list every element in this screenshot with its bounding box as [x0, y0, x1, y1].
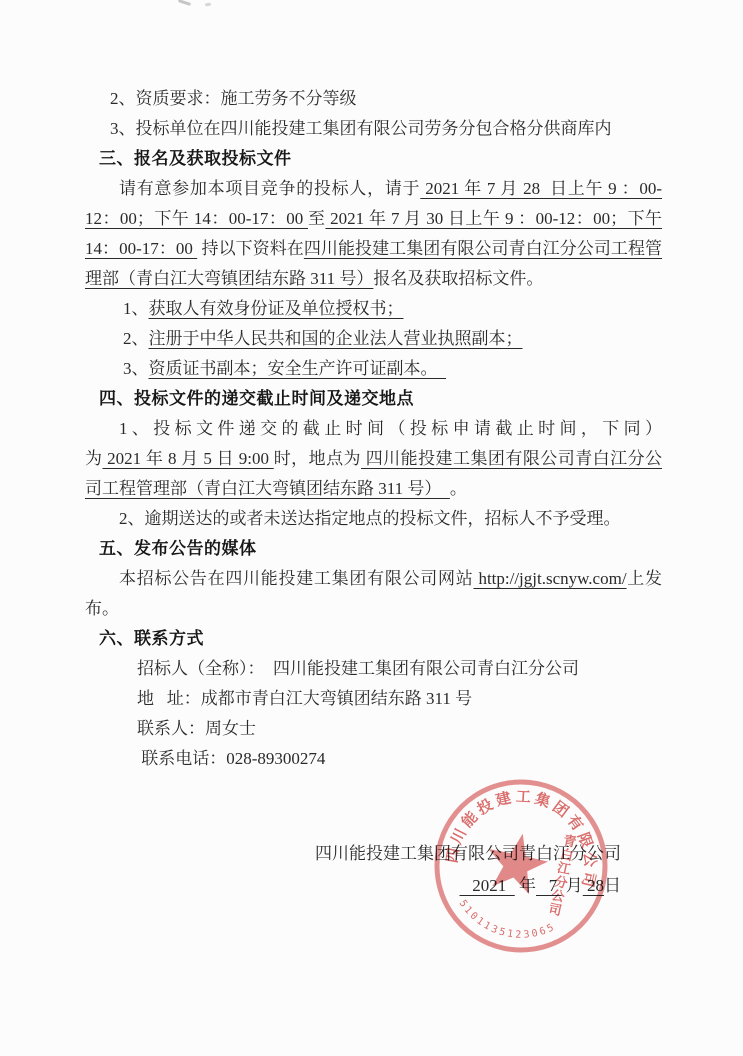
sub-list-item: 2、注册于中华人民共和国的企业法人营业执照副本；	[85, 324, 662, 354]
underlined-text: http://jgjt.scnyw.com/	[473, 569, 626, 588]
seal-branch-text: 青白江分公司	[546, 832, 578, 918]
text-run: 联系人：周女士	[137, 719, 256, 738]
document-page: 2、资质要求：施工劳务不分等级3、投标单位在四川能投建工集团有限公司劳务分包合格…	[0, 0, 743, 1056]
seal-ring-text: 四川能投建工集团有限公司	[443, 773, 614, 894]
text-run: 1、	[123, 299, 149, 318]
seal-group: 四川能投建工集团有限公司 5101135123065 青白江分公司	[424, 772, 619, 962]
text-run: 联系电话：028-89300274	[137, 749, 325, 768]
section-heading: 三、报名及获取投标文件	[85, 144, 662, 174]
text-run: 五、发布公告的媒体	[99, 539, 257, 558]
underlined-text: 获取人有效身份证及单位授权书；	[149, 299, 404, 318]
text-run: 三、报名及获取投标文件	[99, 149, 292, 168]
underlined-text: 资质证书副本；安全生产许可证副本。	[149, 359, 447, 378]
contact-line: 联系电话：028-89300274	[85, 744, 662, 774]
contact-line: 联系人：周女士	[85, 714, 662, 744]
text-run: 地 址：成都市青白江大弯镇团结东路 311 号	[137, 689, 472, 708]
document-body: 2、资质要求：施工劳务不分等级3、投标单位在四川能投建工集团有限公司劳务分包合格…	[85, 84, 662, 774]
text-run: 。	[450, 479, 467, 498]
text-run: 招标人（全称）： 四川能投建工集团有限公司青白江分公司	[137, 659, 579, 678]
text-run: 报名及获取招标文件。	[373, 269, 543, 288]
contact-line: 地 址：成都市青白江大弯镇团结东路 311 号	[85, 684, 662, 714]
underlined-text: 2021 年 8 月 5 日 9:00	[102, 449, 273, 468]
text-run: 2、	[123, 329, 149, 348]
scan-artifact	[205, 3, 211, 7]
underlined-text: 注册于中华人民共和国的企业法人营业执照副本；	[149, 329, 523, 348]
text-run: 请有意参加本项目竞争的投标人，请于	[119, 179, 420, 198]
text-run: 持以下资料在	[197, 239, 304, 258]
text-run: 3、	[123, 359, 149, 378]
text-run: 六、联系方式	[99, 629, 204, 648]
seal-code: 5101135123065	[452, 897, 561, 950]
paragraph: 2、逾期送达的或者未送达指定地点的投标文件，招标人不予受理。	[85, 504, 662, 534]
text-run: 时，地点为	[274, 449, 361, 468]
scan-artifact	[178, 0, 191, 6]
text-run: 2、逾期送达的或者未送达指定地点的投标文件，招标人不予受理。	[119, 509, 621, 528]
contact-line: 招标人（全称）： 四川能投建工集团有限公司青白江分公司	[85, 654, 662, 684]
sub-list-item: 1、获取人有效身份证及单位授权书；	[85, 294, 662, 324]
list-item: 2、资质要求：施工劳务不分等级	[85, 84, 662, 114]
company-seal: 四川能投建工集团有限公司 5101135123065 青白江分公司	[424, 772, 619, 962]
sub-list-item: 3、资质证书副本；安全生产许可证副本。	[85, 354, 662, 384]
seal-star-icon	[481, 827, 553, 896]
list-item: 3、投标单位在四川能投建工集团有限公司劳务分包合格分供商库内	[85, 114, 662, 144]
text-run: 本招标公告在四川能投建工集团有限公司网站	[119, 569, 473, 588]
text-run: 3、投标单位在四川能投建工集团有限公司劳务分包合格分供商库内	[110, 119, 612, 138]
paragraph: 请有意参加本项目竞争的投标人，请于 2021 年 7 月 28 日上午 9 ：0…	[85, 174, 662, 294]
text-run: 四、投标文件的递交截止时间及递交地点	[99, 389, 414, 408]
text-run: 2、资质要求：施工劳务不分等级	[110, 89, 357, 108]
section-heading: 五、发布公告的媒体	[85, 534, 662, 564]
paragraph: 1、投标文件递交的截止时间（投标申请截止时间，下同）为 2021 年 8 月 5…	[85, 414, 662, 504]
section-heading: 六、联系方式	[85, 624, 662, 654]
section-heading: 四、投标文件的递交截止时间及递交地点	[85, 384, 662, 414]
text-run: 至	[308, 209, 325, 228]
paragraph: 本招标公告在四川能投建工集团有限公司网站 http://jgjt.scnyw.c…	[85, 564, 662, 624]
